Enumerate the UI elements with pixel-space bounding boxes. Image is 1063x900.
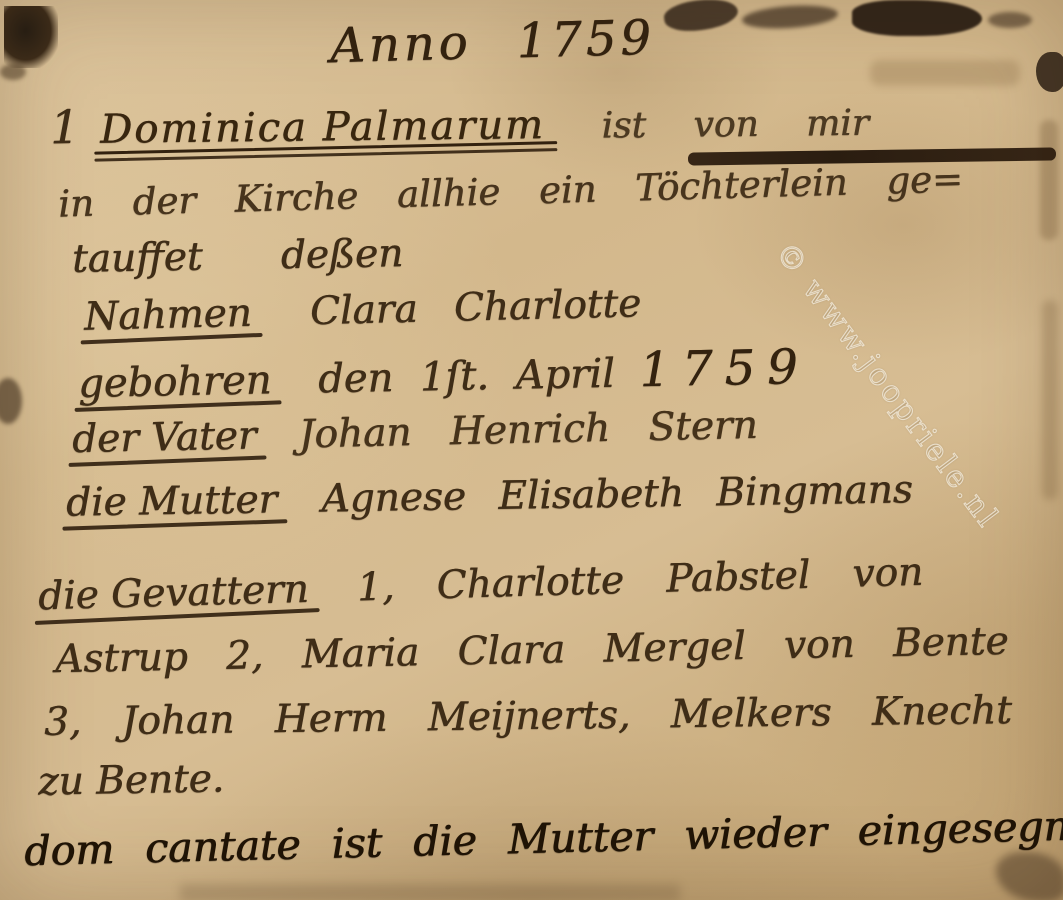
dominica-palmarum-keyword: Dominica Palmarum xyxy=(100,102,545,153)
godparents-line-3: 3, Johan Herm Meijnerts, Melkers Knecht xyxy=(44,688,1012,745)
ink-smudge xyxy=(1036,52,1063,92)
born-date: den 1ſt. April xyxy=(318,351,616,403)
document-scan: © www.joopriele.nl Anno 1759 1 Dominica … xyxy=(0,0,1063,900)
born-label: gebohren xyxy=(78,357,272,407)
born-line: gebohren den 1ſt. April 1759 xyxy=(78,339,811,409)
ink-smudge xyxy=(852,0,982,36)
name-value: Clara Charlotte xyxy=(310,281,642,334)
ink-smudge xyxy=(741,3,838,32)
dominica-line-rest: ist von mir xyxy=(601,103,869,147)
word-tauffet: tauffet xyxy=(72,235,203,282)
mother-line: die Mutter Agnese Elisabeth Bingmans xyxy=(66,467,913,525)
ink-smudge xyxy=(180,884,680,900)
godparent-1: 1, Charlotte Pabstel von xyxy=(356,550,923,611)
bleed-through-mark xyxy=(1040,120,1058,240)
reblessing-note: dom cantate ist die Mutter wieder einges… xyxy=(24,801,1063,876)
father-line: der Vater Johan Henrich Stern xyxy=(72,403,758,462)
name-line: Nahmen Clara Charlotte xyxy=(84,281,642,340)
year-heading: Anno 1759 xyxy=(329,10,655,74)
bleed-through-mark xyxy=(870,60,1020,86)
line-kirche: in der Kirche allhie ein Töchterlein ge= xyxy=(58,157,964,225)
entry-line-dominica: 1 Dominica Palmarum ist von mir xyxy=(50,92,869,155)
line-tauffet-dessen: tauffet deßen xyxy=(72,231,404,282)
father-name: Johan Henrich Stern xyxy=(298,403,758,458)
mother-label: die Mutter xyxy=(66,477,278,525)
born-year: 1759 xyxy=(639,339,810,398)
bleed-through-mark xyxy=(1042,300,1058,500)
ink-smudge xyxy=(996,852,1063,900)
godparents-line-1: die Gevattern 1, Charlotte Pabstel von xyxy=(38,550,924,620)
word-dessen: deßen xyxy=(280,231,403,278)
godparents-line-2: Astrup 2, Maria Clara Mergel von Bente xyxy=(55,619,1009,682)
name-label: Nahmen xyxy=(84,291,253,340)
ink-smudge xyxy=(988,12,1032,28)
father-label: der Vater xyxy=(72,413,257,462)
ink-smudge xyxy=(0,378,22,424)
mother-name: Agnese Elisabeth Bingmans xyxy=(321,467,913,521)
entry-number: 1 xyxy=(50,100,80,154)
ink-smudge xyxy=(662,0,739,35)
godparents-line-4: zu Bente. xyxy=(38,756,225,804)
ink-smudge xyxy=(0,64,26,80)
ink-smudge xyxy=(4,6,58,68)
godparents-label: die Gevattern xyxy=(38,567,310,620)
